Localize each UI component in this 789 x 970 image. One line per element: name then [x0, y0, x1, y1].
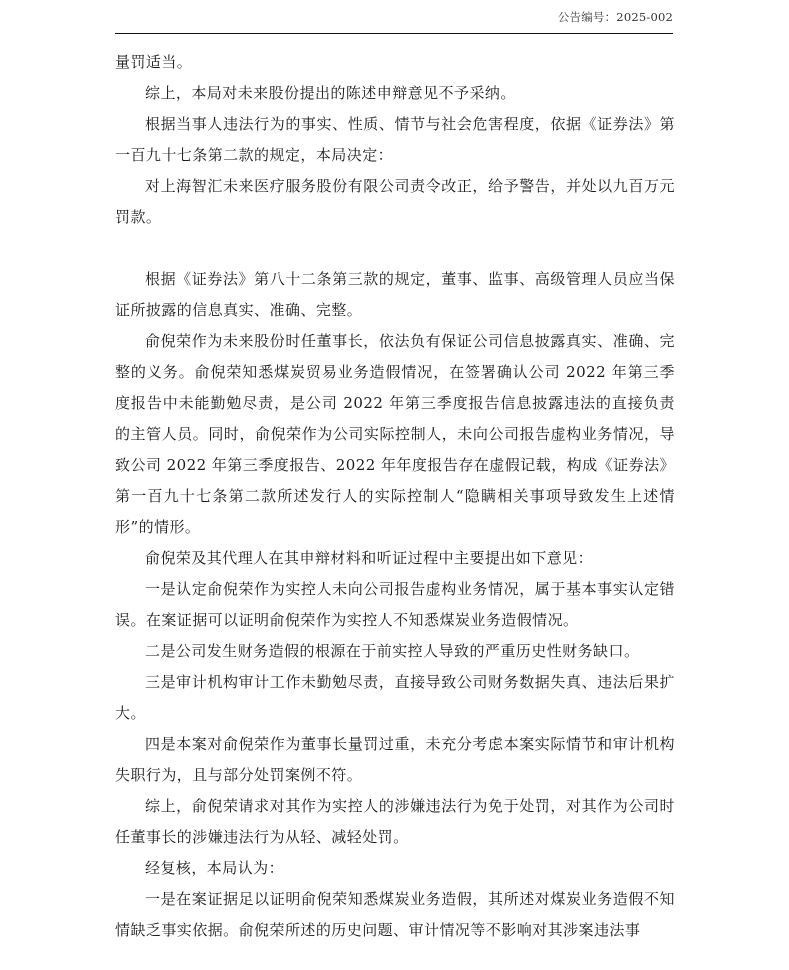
paragraph: 一是在案证据足以证明俞倪荣知悉煤炭业务造假，其所述对煤炭业务造假不知情缺乏事实依…	[115, 884, 675, 946]
blank-line	[115, 233, 675, 264]
paragraph: 俞倪荣及其代理人在其申辩材料和听证过程中主要提出如下意见：	[115, 543, 675, 574]
document-body: 量罚适当。 综上，本局对未来股份提出的陈述申辩意见不予采纳。 根据当事人违法行为…	[115, 47, 675, 946]
paragraph: 经复核，本局认为：	[115, 853, 675, 884]
page-header: 公告编号：2025-002	[115, 0, 673, 34]
paragraph: 根据《证券法》第八十二条第三款的规定，董事、监事、高级管理人员应当保证所披露的信…	[115, 264, 675, 326]
paragraph: 三是审计机构审计工作未勤勉尽责，直接导致公司财务数据失真、违法后果扩大。	[115, 667, 675, 729]
paragraph: 四是本案对俞倪荣作为董事长量罚过重，未充分考虑本案实际情节和审计机构失职行为，且…	[115, 729, 675, 791]
paragraph: 量罚适当。	[115, 47, 675, 78]
paragraph: 俞倪荣作为未来股份时任董事长，依法负有保证公司信息披露真实、准确、完整的义务。俞…	[115, 326, 675, 543]
paragraph: 根据当事人违法行为的事实、性质、情节与社会危害程度，依据《证券法》第一百九十七条…	[115, 109, 675, 171]
paragraph: 对上海智汇未来医疗服务股份有限公司责令改正，给予警告，并处以九百万元罚款。	[115, 171, 675, 233]
paragraph: 二是公司发生财务造假的根源在于前实控人导致的严重历史性财务缺口。	[115, 636, 675, 667]
paragraph: 综上，俞倪荣请求对其作为实控人的涉嫌违法行为免于处罚，对其作为公司时任董事长的涉…	[115, 791, 675, 853]
announcement-number: 公告编号：2025-002	[558, 9, 673, 25]
paragraph: 综上，本局对未来股份提出的陈述申辩意见不予采纳。	[115, 78, 675, 109]
paragraph: 一是认定俞倪荣作为实控人未向公司报告虚构业务情况，属于基本事实认定错误。在案证据…	[115, 574, 675, 636]
